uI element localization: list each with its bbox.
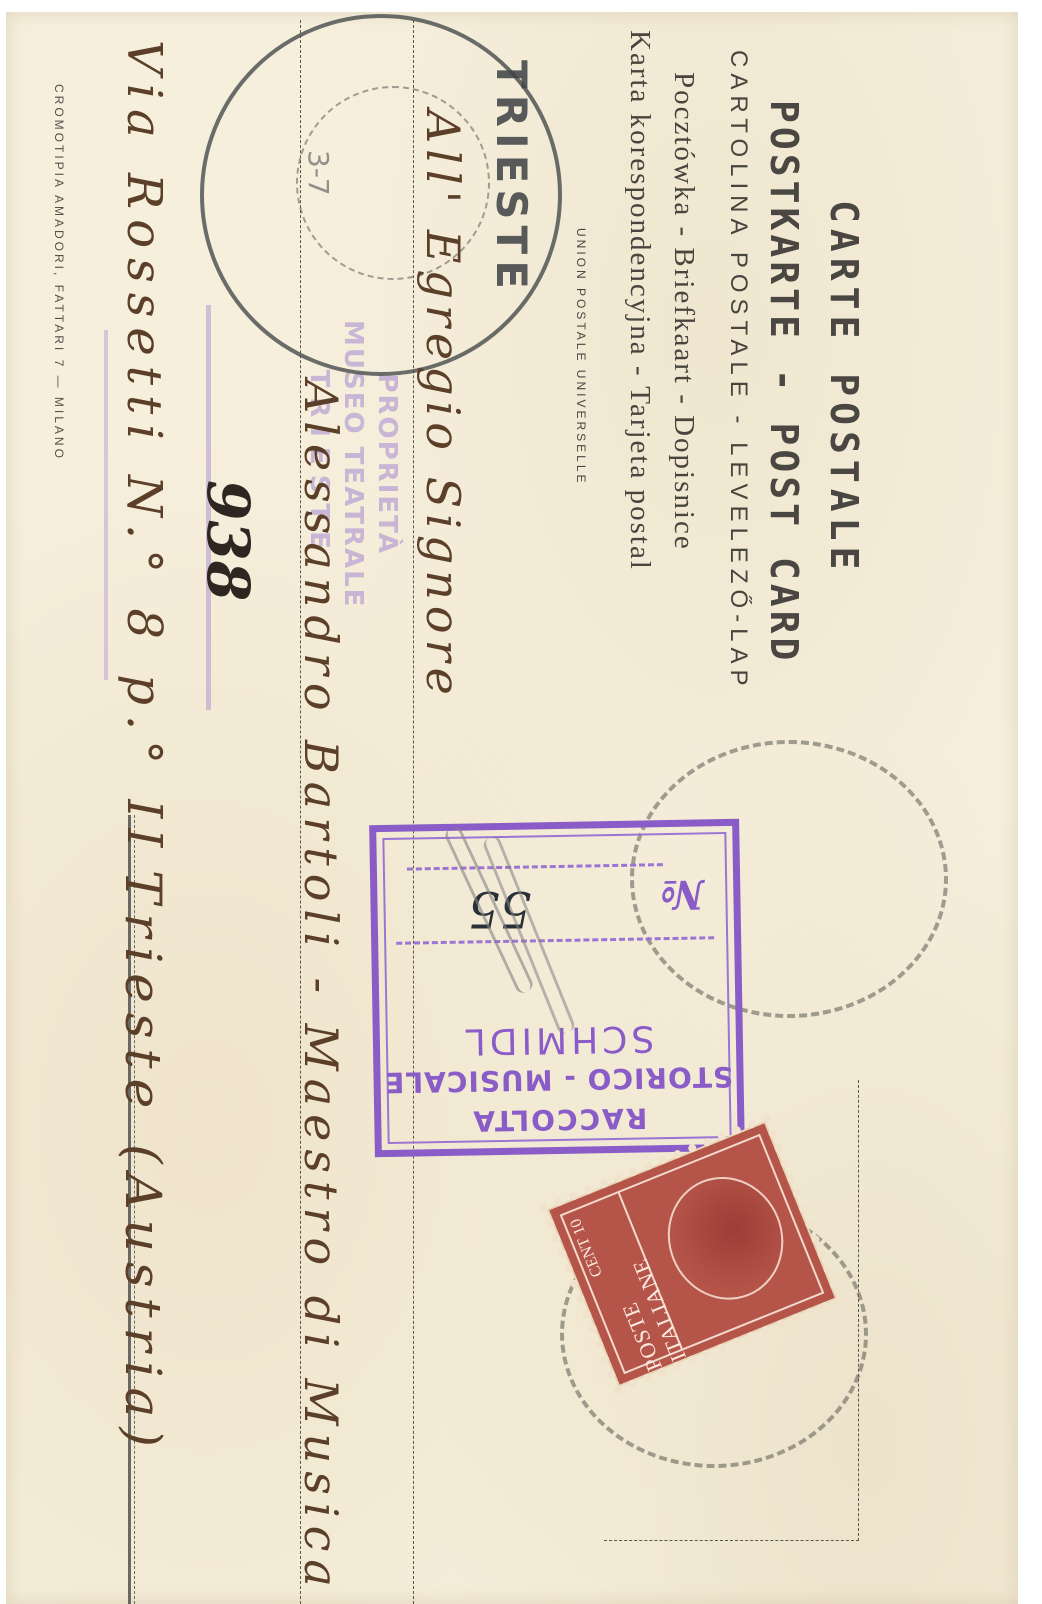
postmark-city: TRIESTE	[487, 60, 536, 295]
printer-imprint: CROMOTIPIA AMADORI, FATTARI 7 — MILANO	[52, 84, 66, 461]
printed-subtitle-cartolina: CARTOLINA POSTALE - LEVELEZŐ-LAP	[724, 50, 752, 692]
printed-subtitle-karta: Karta korespondencyjna - Tarjeta postal	[623, 30, 656, 571]
printed-title-postkarte: POSTKARTE - POST CARD	[762, 100, 806, 664]
postmark-date: 3-7	[302, 150, 335, 196]
union-postale-text: UNION POSTALE UNIVERSELLE	[574, 228, 588, 486]
printed-subtitle-pocztowka: Pocztówka - Briefkaart - Dopisnice	[667, 72, 700, 551]
address-city: Trieste (Austria)	[114, 870, 172, 1457]
collection-stamp-text: RACCOLTA STORICO - MUSICALE SCHMIDL	[380, 1016, 738, 1142]
collection-stamp-line-2: STORICO - MUSICALE	[380, 1056, 737, 1102]
address-street: Via Rossetti N.° 8 p.° II	[116, 40, 172, 857]
museum-stamp-bar	[104, 330, 108, 680]
printed-title-carte-postale: CARTE POSTALE	[822, 200, 866, 575]
address-name-title: Bartoli - Maestro di Musica	[294, 740, 348, 1595]
collection-stamp-line-1: RACCOLTA	[381, 1096, 738, 1142]
collection-number-label: №	[659, 870, 703, 918]
address-first-name: Alessandro	[294, 380, 348, 719]
collection-number-handwritten: 938	[194, 480, 262, 601]
address-salutation: All' Egregio Signore	[416, 110, 470, 701]
